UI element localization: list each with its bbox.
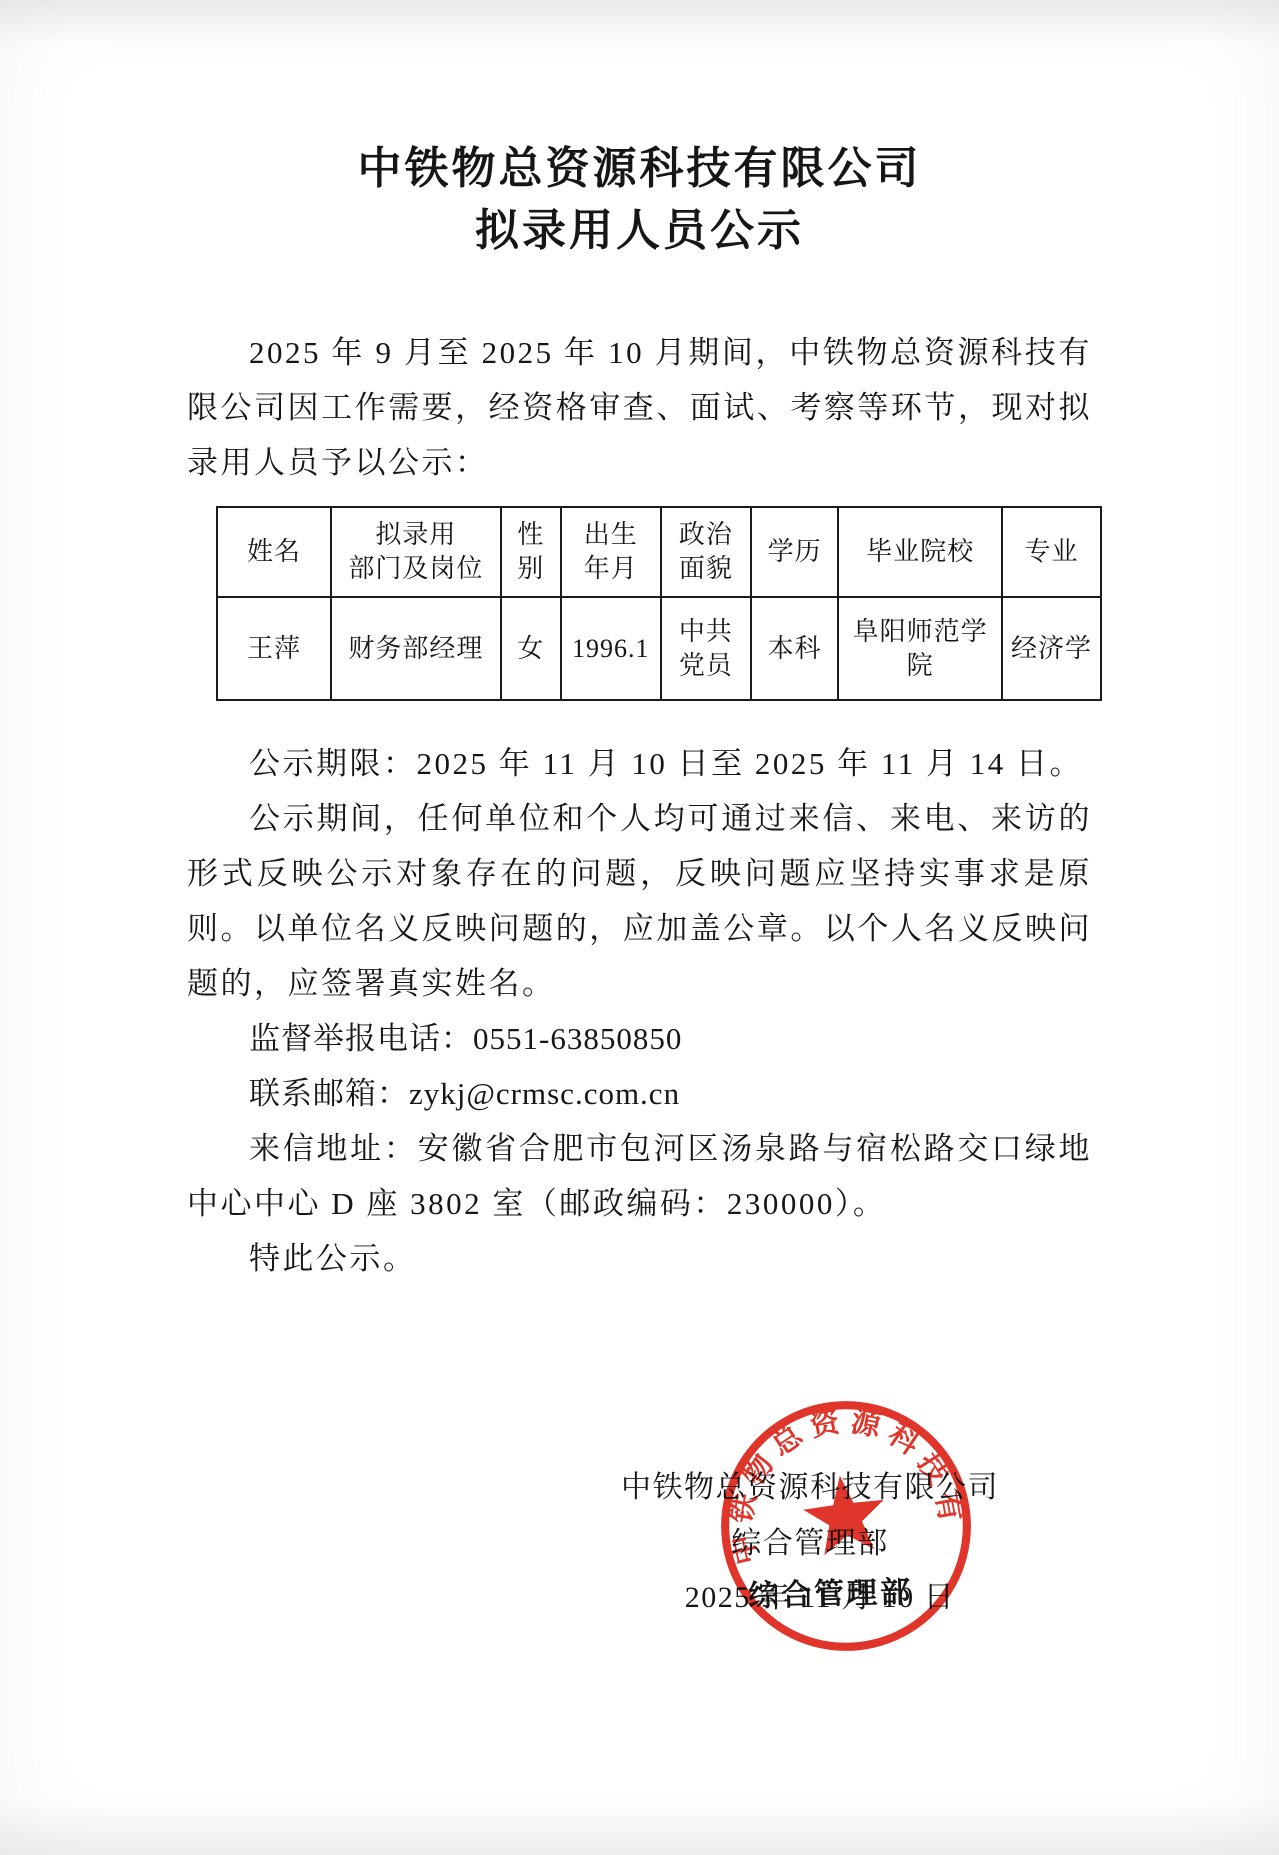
intro-paragraph-block: 2025 年 9 月至 2025 年 10 月期间，中铁物总资源科技有限公司因工… — [187, 325, 1092, 490]
mailing-address: 来信地址：安徽省合肥市包河区汤泉路与宿松路交口绿地中心中心 D 座 3802 室… — [187, 1121, 1092, 1231]
cell-position: 财务部经理 — [331, 597, 501, 700]
cell-major: 经济学 — [1002, 597, 1101, 700]
seal-star-icon — [800, 1471, 890, 1557]
table-header-row: 姓名 拟录用 部门及岗位 性 别 出生 年月 政治 面貌 学历 毕业院校 专业 — [217, 507, 1101, 597]
closing-line: 特此公示。 — [187, 1231, 1092, 1286]
cell-education: 本科 — [751, 597, 839, 700]
col-header-education: 学历 — [751, 507, 839, 597]
col-header-position: 拟录用 部门及岗位 — [331, 507, 501, 597]
feedback-paragraph: 公示期间，任何单位和个人均可通过来信、来电、来访的形式反映公示对象存在的问题，反… — [187, 791, 1092, 1011]
cell-gender: 女 — [501, 597, 561, 700]
cell-birth: 1996.1 — [561, 597, 661, 700]
col-header-school: 毕业院校 — [838, 507, 1002, 597]
report-phone: 监督举报电话：0551-63850850 — [187, 1011, 1092, 1066]
col-header-political: 政治 面貌 — [661, 507, 751, 597]
table-row: 王萍 财务部经理 女 1996.1 中共 党员 本科 阜阳师范学院 经济学 — [217, 597, 1101, 700]
cell-school: 阜阳师范学院 — [838, 597, 1002, 700]
col-header-gender: 性 别 — [501, 507, 561, 597]
col-header-major: 专业 — [1002, 507, 1101, 597]
page-title-line1: 中铁物总资源科技有限公司 — [0, 138, 1279, 200]
col-header-birth: 出生 年月 — [561, 507, 661, 597]
contact-email: 联系邮箱：zykj@crmsc.com.cn — [187, 1066, 1092, 1121]
cell-name: 王萍 — [217, 597, 331, 700]
page-title-line2: 拟录用人员公示 — [0, 200, 1279, 262]
document-page: 中铁物总资源科技有限公司 拟录用人员公示 2025 年 9 月至 2025 年 … — [0, 0, 1279, 1855]
company-seal-stamp: 中铁物总资源科技有限公司 — [699, 1379, 993, 1673]
page-title: 中铁物总资源科技有限公司 拟录用人员公示 — [0, 138, 1279, 262]
col-header-name: 姓名 — [217, 507, 331, 597]
lower-paragraph-block: 公示期限：2025 年 11 月 10 日至 2025 年 11 月 14 日。… — [187, 736, 1092, 1286]
candidate-table: 姓名 拟录用 部门及岗位 性 别 出生 年月 政治 面貌 学历 毕业院校 专业 … — [216, 506, 1102, 701]
publicity-period: 公示期限：2025 年 11 月 10 日至 2025 年 11 月 14 日。 — [187, 736, 1092, 791]
cell-political: 中共 党员 — [661, 597, 751, 700]
intro-paragraph: 2025 年 9 月至 2025 年 10 月期间，中铁物总资源科技有限公司因工… — [187, 325, 1092, 490]
